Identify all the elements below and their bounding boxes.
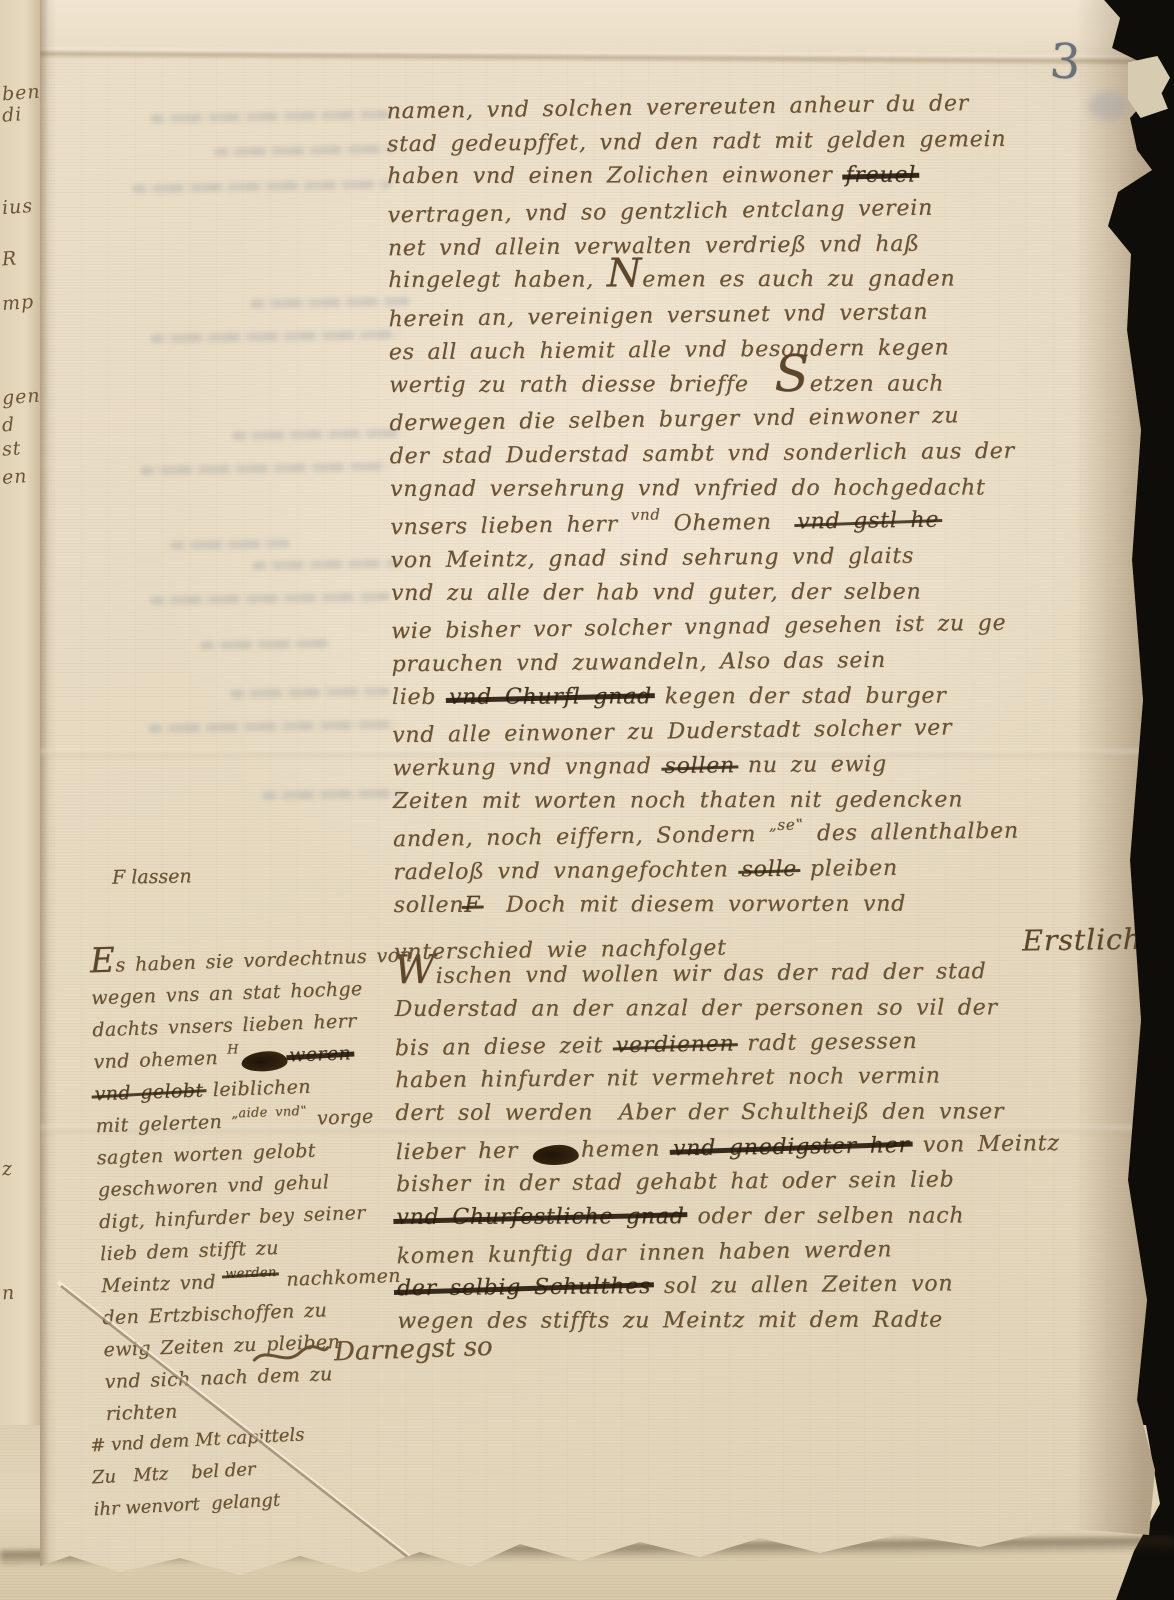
hand-text: nachkomen: [277, 1265, 402, 1291]
hand-text: Erstlich: [1022, 921, 1142, 957]
struck-text: vnd gnedigster her: [673, 1133, 910, 1161]
hand-text: wertig zu rath diesse brieffe: [389, 371, 774, 397]
hand-text: hingelegt haben,: [388, 268, 607, 294]
ghost-line: [140, 462, 390, 475]
ink-blot: [241, 1051, 288, 1073]
edge-fragment: n: [1, 1282, 16, 1305]
hand-text: etzen auch: [810, 371, 944, 396]
hand-text: derwegen die selben burger vnd einwoner …: [389, 403, 959, 436]
hand-text: vnterschied wie nachfolget: [394, 935, 727, 965]
hand-text: mit gelerten: [95, 1111, 232, 1138]
ghost-line: [170, 539, 290, 550]
hand-text: namen, vnd solchen verereuten anheur du …: [386, 91, 969, 124]
ghost-line: [262, 789, 402, 800]
hand-text: sollen: [394, 893, 465, 918]
hand-text: anden, noch eiffern, Sondern: [393, 822, 769, 852]
text-line: wegen des stiffts zu Meintz mit dem Radt…: [397, 1307, 1145, 1344]
hand-text: s haben sie vordechtnus von: [115, 944, 412, 976]
hand-text: „aide vnd‟: [231, 1104, 307, 1122]
text-line: der selbig Schulthes sol zu allen Zeiten…: [397, 1270, 1145, 1311]
edge-fragment: ben: [1, 81, 41, 106]
hand-text: vnd: [631, 505, 661, 523]
struck-text: vnd gstl he: [797, 508, 939, 535]
hand-text: hemen: [581, 1136, 673, 1162]
struck-text: vnd gelobt: [94, 1080, 204, 1106]
edge-fragment: R: [1, 247, 18, 270]
ghost-line: [232, 429, 402, 441]
pen-flourish: [252, 1341, 331, 1366]
hand-text: lieb: [392, 685, 449, 710]
hand-text: lieber her: [396, 1138, 532, 1165]
hand-text: leiblichen: [203, 1076, 311, 1102]
hand-text: oder der selben nach: [685, 1203, 965, 1229]
edge-fragment: d: [1, 414, 16, 437]
ghost-line: [132, 180, 392, 194]
hand-text: Ohemen: [661, 510, 798, 537]
hand-text: [727, 950, 1022, 954]
struck-text: der selbig Schulthes: [397, 1274, 651, 1301]
hand-text: E: [90, 960, 115, 961]
struck-text: vnd Churfestliche gnad: [396, 1204, 684, 1230]
edge-fragment: en: [1, 465, 28, 489]
hand-text: sol zu allen Zeiten von: [651, 1272, 953, 1300]
hand-text: Duderstad an der anzal der personen so v…: [395, 995, 998, 1022]
hand-text: bis an diese zeit: [395, 1033, 616, 1061]
torn-paper-flap: [1128, 56, 1170, 118]
hand-text: vorge: [307, 1106, 374, 1130]
ghost-line: [150, 592, 390, 605]
left-fold-line: [40, 0, 56, 1600]
edge-fragment: z: [1, 1158, 14, 1181]
top-fold-band: [40, 0, 1160, 56]
main-text-block: namen, vnd solchen verereuten anheur du …: [387, 91, 1146, 1346]
hand-text: vnd ohemen: [93, 1047, 228, 1074]
hand-text: werkung vnd vngnad: [392, 754, 664, 781]
hand-text: H: [227, 1043, 239, 1058]
hand-text: nu zu ewig: [735, 752, 887, 778]
edge-fragment: st: [1, 437, 22, 460]
struck-text: verdienen: [616, 1031, 735, 1058]
ghost-line: [200, 639, 330, 650]
previous-page-edge: bendiiusRmpgendstenzn: [0, 0, 46, 1600]
struck-text: sollen: [664, 753, 735, 779]
hand-text: vnd alle einwoner zu Duderstadt solcher …: [392, 716, 952, 749]
ghost-line: [252, 559, 402, 571]
ghost-line: [148, 720, 398, 733]
ghost-line: [214, 144, 394, 156]
hand-text: Doch mit diesem vorworten vnd: [480, 891, 906, 917]
text-line: dert sol werden Aber der Schultheiß den …: [395, 1099, 1143, 1136]
struck-text: weren: [289, 1042, 352, 1066]
ink-blot: [533, 1145, 579, 1166]
hand-text: Zeiten mit worten noch thaten nit gedenc…: [393, 787, 963, 813]
hand-text: emen es auch zu gnaden: [642, 267, 955, 293]
page-number: 3: [1048, 33, 1082, 91]
hand-text: haben vnd einen Zolichen einwoner: [387, 163, 845, 189]
hand-text: pleiben: [797, 856, 898, 882]
manuscript-page: 3 namen, vnd solchen verereuten anheur d…: [0, 0, 1174, 1600]
hand-text: des allenthalben: [804, 819, 1019, 847]
hand-text: komen kunftig dar innen haben werden: [396, 1237, 892, 1269]
hand-text: wie bisher vor solcher vngnad gesehen is…: [391, 611, 1006, 645]
hand-text: radeloß vnd vnangefochten: [393, 857, 741, 885]
hand-text: richten: [105, 1401, 178, 1425]
text-line: vnd Churfestliche gnad oder der selben n…: [396, 1203, 1144, 1240]
transition-phrase-text: Darnegst so: [333, 1332, 493, 1368]
text-line: sollenF Doch mit diesem vorworten vnd: [394, 891, 1142, 928]
struck-text: vnd Churfl gnad: [449, 684, 652, 710]
struck-text: werden: [225, 1265, 277, 1282]
ghost-line: [230, 687, 390, 699]
hand-text: kegen der stad burger: [652, 683, 947, 709]
hand-text: vnsers lieben herr: [390, 512, 631, 540]
hand-text: wegen des stiffts zu Meintz mit dem Radt…: [397, 1308, 943, 1334]
hand-text: „se‟: [769, 816, 804, 834]
hand-text: dert sol werden Aber der Schultheiß den …: [395, 1099, 1004, 1126]
edge-fragment: gen: [1, 385, 41, 410]
hand-text: radt gesessen: [734, 1028, 917, 1056]
hand-text: Meintz vnd: [101, 1271, 226, 1297]
hand-text: vngnad versehrung vnd vnfried do hochged…: [390, 475, 986, 502]
hand-text: von Meintz: [910, 1131, 1060, 1158]
struck-text: solle: [741, 857, 797, 882]
text-line: Duderstad an der anzal der personen so v…: [395, 995, 1143, 1032]
struck-text: F: [464, 893, 480, 918]
hand-text: vnd zu alle der hab vnd guter, der selbe…: [391, 579, 922, 605]
hand-text: vertragen, vnd so gentzlich entclang ver…: [387, 196, 933, 229]
hand-text: herein an, vereinigen versunet vnd verst…: [388, 300, 928, 333]
manuscript-photo: bendiiusRmpgendstenzn 3 namen, vnd solch…: [0, 0, 1174, 1600]
ghost-line: [150, 110, 390, 123]
edge-fragment: ius: [1, 195, 34, 219]
struck-text: freuel: [845, 163, 916, 188]
edge-fragment: mp: [1, 291, 35, 315]
margin-mark: F lassen: [112, 865, 192, 888]
ghost-line: [250, 297, 410, 309]
edge-fragment: di: [1, 103, 23, 126]
bottom-margin-note: # vnd dem Mt capittelsZu Mtz bel derihr …: [90, 1417, 455, 1532]
ghost-line: [150, 330, 400, 343]
